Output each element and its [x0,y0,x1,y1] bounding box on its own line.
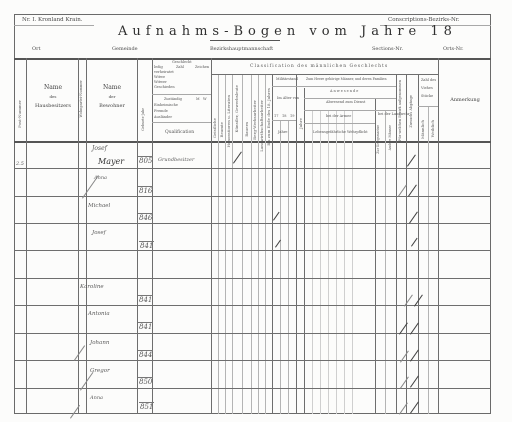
col-rule [385,110,386,414]
header-geschlecht-zeichen: Zeichen [195,65,209,69]
geschlecht-row-0: ledig [154,65,163,69]
row-10-birth-year: 851 [139,402,154,411]
row-10-name: Anna [90,395,103,401]
header-wehrpflichtige: Lebensgefährliche Wehrpflicht [313,130,368,134]
header-subrule [296,86,396,87]
header-name-bewohner-3: Bewohner [88,103,136,109]
age-19: 19 [290,114,294,118]
class-col-6: Landwirthschaftsarbeiter [259,100,264,152]
header-militaer: Militärstand [276,77,298,81]
col-rule [288,120,289,414]
age-18: 18 [282,114,286,118]
col-rule [280,120,281,414]
header-zustaendig-m: M [196,97,200,101]
header-subrule [272,120,296,121]
header-name-bewohner-2: der [88,94,136,99]
header-qualification: Qualification [165,130,194,135]
row-rule [14,360,491,361]
row-1-birth-year: 805 [138,156,153,165]
header-vieh-1: Zahl des [421,78,436,82]
row-8-birth-year: 844 [138,350,153,359]
row-7-birth-year: 841 [138,322,153,331]
header-wehrpflicht-vertical: Jahre [298,118,303,129]
right-col-2: Für welchen Bezirk aufgenommen [398,80,402,141]
class-col-5: Berg-Werksarbeiter [252,100,257,140]
header-vieh-2: Viehes [421,86,433,90]
header-geschlecht: Geschlecht [172,60,192,64]
right-col-1: Andere Männer [388,125,392,150]
right-col-0: Zur Kriegsmarine [376,125,380,154]
zustaendig-row-0: Einheimische [154,103,178,107]
row-1-surname: Mayer [98,157,124,166]
header-anwesende: Anwesende [330,89,359,93]
row-3-birth-year: 846 [138,213,153,222]
class-col-3: Künstler, Gewerbsleute [234,85,239,132]
label-orts-nr: Orts-Nr. [443,46,464,52]
row-4-name: Josef [92,230,106,236]
divider [14,25,94,26]
form-number-label: Nr. I. Kronland Krain. [22,17,83,23]
label-ort: Ort [32,46,41,52]
row-rule [14,305,491,306]
col-rule [304,88,305,414]
title-underline [210,40,280,41]
row-1-post-number: 2.5 [16,161,24,167]
row-rule [14,250,491,251]
header-zustaendig-w: W [203,97,207,101]
vieh-weiblich: Weiblich [430,120,435,137]
col-rule [396,74,397,414]
col-rule [242,74,243,414]
header-subrule [304,98,396,99]
col-rule [272,74,273,414]
header-geschlecht-zahl: Zahl [176,65,184,69]
right-col-3: Zuwachs Abgänge [409,95,413,128]
class-col-2: Honoratioren u. Literaten [226,95,231,147]
label-gemeinde: Gemeinde [112,46,138,52]
geschlecht-row-2: Witwe [154,75,165,79]
row-rule [14,223,491,224]
header-subrule [152,122,211,123]
col-rule [336,110,337,414]
header-im-alter: Im Alter von [277,96,299,100]
col-rule [312,110,313,414]
col-rule [320,110,321,414]
header-post-nummer: Post-Nummer [17,100,22,128]
row-8-name: Johann [90,340,109,346]
header-wohnpartei: Wohnpartei-Nummer [79,80,83,117]
header-zum-heere: Zum Heere gehörige Männer, und deren Fam… [306,77,387,81]
conscription-district-label: Conscriptions-Bezirks-Nr. [388,17,460,23]
row-rule [14,333,491,334]
class-col-4: Bauern [244,122,249,137]
col-rule [344,110,345,414]
header-vieh-3: Stücke [421,94,433,98]
row-3-name: Michael [88,203,110,209]
header-zustaendig: Zuständig [164,97,182,101]
header-name-hausbesitzer-1: Name [30,84,76,91]
age-17: 17 [274,114,278,118]
header-bei-der-armee: bei der Armee [326,114,351,118]
header-anmerkung: Anmerkung [440,97,490,103]
row-9-birth-year: 850 [138,377,153,386]
row-1-name: Josef [92,145,107,152]
col-rule [352,110,353,414]
col-rule [296,74,297,414]
header-name-hausbesitzer-3: Hausbesitzers [30,103,76,109]
header-jahre: Jahre [278,130,288,134]
col-rule [428,106,429,414]
header-subrule [211,74,438,75]
label-bezirkshauptmannschaft: Bezirkshauptmannschaft [210,46,273,52]
row-rule [14,388,491,389]
row-1-qualification: Grundbesitzer [158,157,194,163]
header-subrule [152,94,211,95]
header-geburtsjahr: Geburts-Jahr [141,108,145,131]
geschlecht-row-3: Witwer [154,80,167,84]
row-rule [14,278,491,279]
class-col-7: Bis zum Ende des 18. Jahres [266,88,271,146]
class-col-0: Geistliche [212,118,217,138]
header-landwehr: bei der Landwehr [378,112,410,116]
form-title: Aufnahms-Bogen vom Jahre 18 [118,24,457,39]
header-subrule [304,110,396,111]
header-subrule [304,123,375,124]
vieh-maennlich: Männlich [420,120,425,139]
row-2-birth-year: 816 [138,186,153,195]
col-rule [406,74,407,414]
row-4-birth-year: 841 [139,241,154,250]
zustaendig-row-1: Fremde [154,109,168,113]
zustaendig-row-2: Ausländer [154,115,172,119]
col-rule [328,110,329,414]
census-sheet: Nr. I. Kronland Krain. Conscriptions-Bez… [0,0,512,422]
row-6-birth-year: 841 [138,295,153,304]
row-rule [14,196,491,197]
header-subrule [418,106,438,107]
header-name-hausbesitzer-2: des [30,94,76,99]
header-abwesend: Abwesend zum Dienst [326,100,365,104]
row-7-name: Antonia [88,311,110,317]
header-name-bewohner-1: Name [88,84,136,91]
row-rule [14,168,491,169]
class-col-1: Beamte [219,122,224,137]
label-sections-nr: Sections-Nr. [372,46,403,52]
col-rule [418,74,419,414]
geschlecht-row-1: verheiratet [154,70,174,74]
geschlecht-row-4: Geschieden [154,85,175,89]
header-subrule [272,86,296,87]
col-rule [232,74,233,414]
header-classification: Classification des männlichen Geschlecht… [250,64,388,69]
row-6-name: Karoline [80,284,104,290]
